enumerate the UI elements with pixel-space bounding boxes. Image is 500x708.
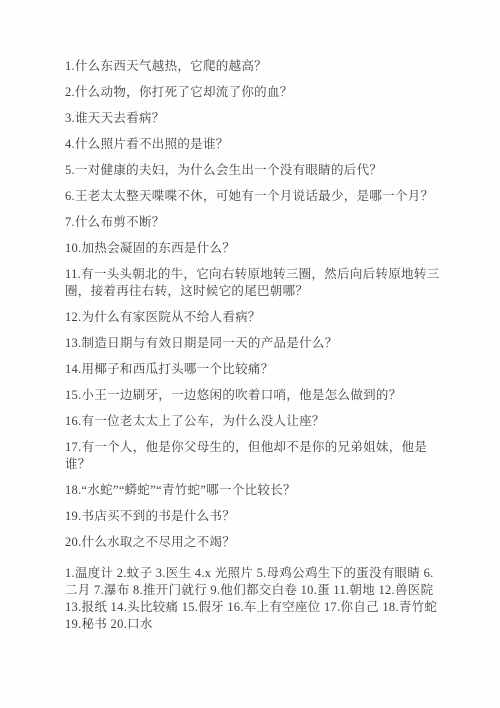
answers-text: 1.温度计 2.蚊子 3.医生 4.x 光照片 5.母鸡公鸡生下的蛋没有眼睛 6…: [65, 565, 440, 633]
question-14: 14.用椰子和西瓜打头哪一个比较痛？: [65, 361, 440, 378]
question-13: 13.制造日期与有效日期是同一天的产品是什么？: [65, 335, 440, 352]
question-6: 6.王老太太整天喋喋不休，可她有一个月说话最少，是哪一个月？: [65, 188, 440, 205]
question-7: 7.什么布剪不断？: [65, 214, 440, 231]
question-10: 10.加热会凝固的东西是什么？: [65, 240, 440, 257]
question-16: 16.有一位老太太上了公车，为什么没人让座？: [65, 413, 440, 430]
question-5: 5.一对健康的夫妇，为什么会生出一个没有眼睛的后代？: [65, 162, 440, 179]
riddle-document-page: 1.什么东西天气越热，它爬的越高？ 2.什么动物，你打死了它却流了你的血？ 3.…: [0, 0, 500, 708]
question-4: 4.什么照片看不出照的是谁？: [65, 136, 440, 153]
question-17: 17.有一个人，他是你父母生的，但他却不是你的兄弟姐妹，他是谁？: [65, 439, 440, 473]
question-11: 11.有一头头朝北的牛，它向右转原地转三圈，然后向后转原地转三圈，接着再往右转，…: [65, 266, 440, 300]
question-15: 15.小王一边刷牙，一边悠闲的吹着口哨，他是怎么做到的？: [65, 387, 440, 404]
question-20: 20.什么水取之不尽用之不竭？: [65, 534, 440, 551]
question-12: 12.为什么有家医院从不给人看病？: [65, 309, 440, 326]
question-2: 2.什么动物，你打死了它却流了你的血？: [65, 84, 440, 101]
question-3: 3.谁天天去看病？: [65, 110, 440, 127]
question-19: 19.书店买不到的书是什么书？: [65, 508, 440, 525]
question-1: 1.什么东西天气越热，它爬的越高？: [65, 58, 440, 75]
question-18: 18.“水蛇”“蟒蛇”“青竹蛇”哪一个比较长？: [65, 482, 440, 499]
